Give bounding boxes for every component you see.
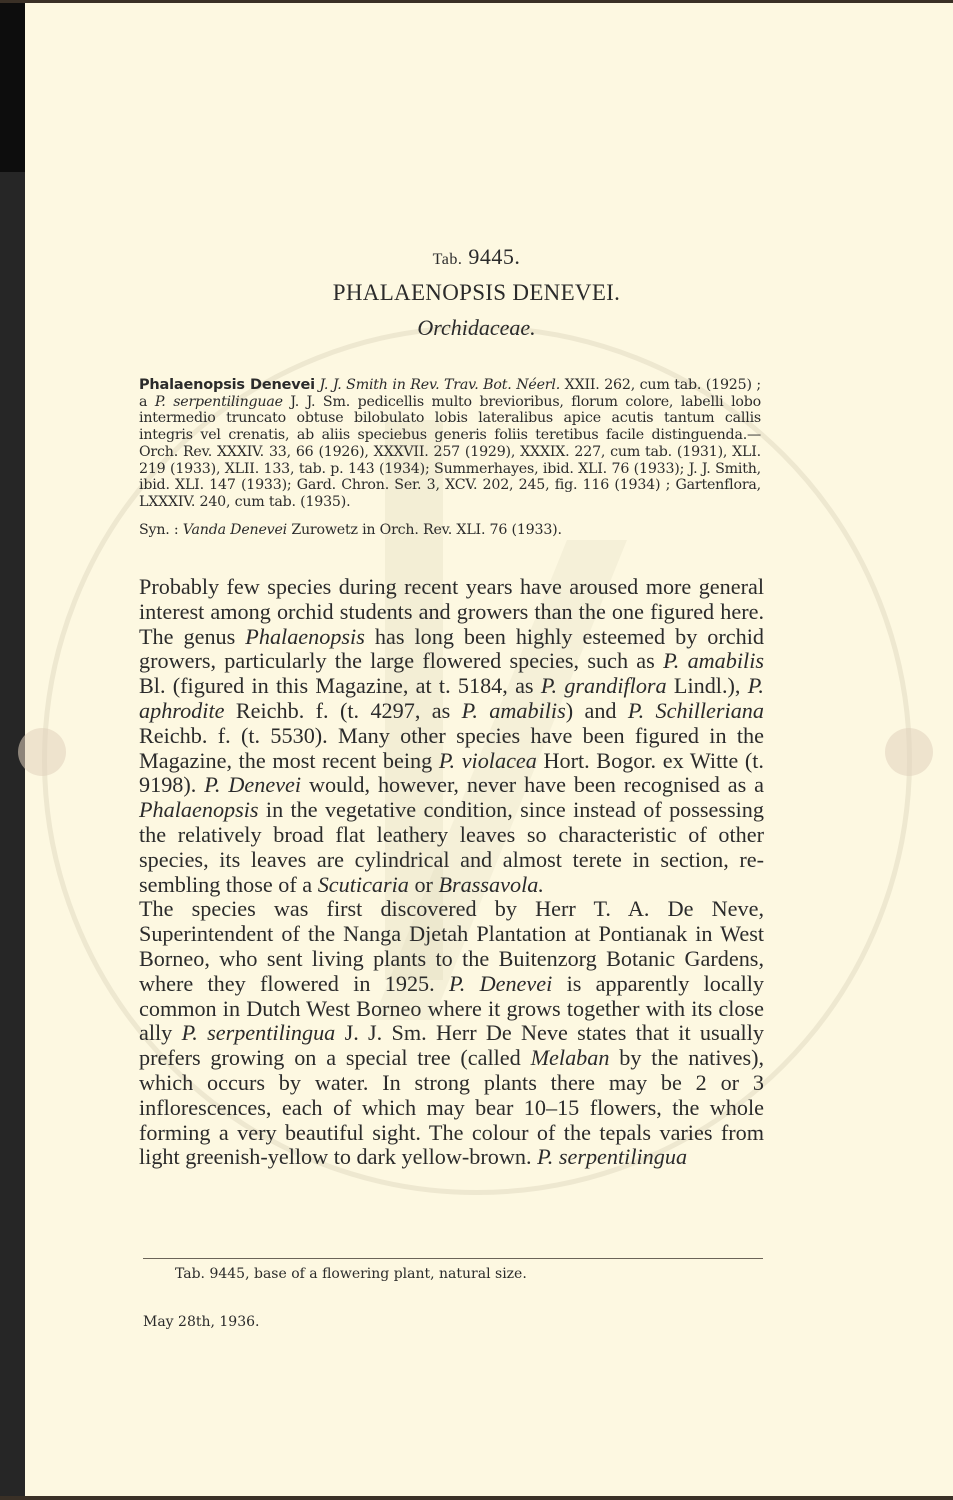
- italic-term: P. amabilis: [663, 648, 764, 673]
- plate-caption: Tab. 9445, base of a flowering plant, na…: [175, 1266, 527, 1282]
- synonym-name: Vanda Denevei: [183, 522, 287, 538]
- italic-term: P. Schilleriana: [628, 698, 764, 723]
- italic-term: Scuticaria: [318, 872, 409, 897]
- citation-block: Phalaenopsis Denevei J. J. Smith in Rev.…: [139, 377, 761, 511]
- italic-term: P. violacea: [439, 748, 537, 773]
- family-name: Orchidaceae.: [0, 315, 953, 341]
- text-run: ) and: [566, 698, 628, 723]
- citation-italic: P. serpentilinguae: [155, 394, 283, 410]
- italic-term: P. Denevei: [449, 971, 552, 996]
- body-text: Probably few species during recent years…: [139, 575, 764, 1170]
- synonym-text: Zurowetz in Orch. Rev. XLI. 76 (1933).: [287, 522, 562, 538]
- plate-number: Tab. 9445.: [0, 244, 953, 270]
- scanner-edge-top: [0, 0, 26, 172]
- authority-reference: J. J. Smith in Rev. Trav. Bot. Néerl.: [320, 377, 561, 393]
- watermark-dot-left: [18, 728, 66, 776]
- scanner-edge: [0, 172, 26, 1500]
- text-run: Lindl.),: [667, 673, 748, 698]
- page-title: PHALAENOPSIS DENEVEI.: [0, 280, 953, 306]
- text-run: would, however, never have been recognis…: [301, 772, 764, 797]
- page-bottom-edge: [0, 1496, 953, 1500]
- text-run: Bl. (figured in this Magazine, at t. 518…: [139, 673, 541, 698]
- italic-term: Phalaenopsis: [139, 797, 259, 822]
- paragraph-1: Probably few species during recent years…: [139, 575, 764, 897]
- text-run: Reichb. f. (t. 4297, as: [224, 698, 461, 723]
- italic-term: P. grandiflora: [541, 673, 667, 698]
- italic-term: Phalaenopsis: [245, 624, 365, 649]
- text-run: or: [409, 872, 439, 897]
- italic-term: P. serpentilingua: [537, 1144, 687, 1169]
- watermark-dot-right: [885, 728, 933, 776]
- italic-term: Brassavola.: [438, 872, 543, 897]
- citation-text: J. J. Sm. pedicellis multo brevioribus, …: [139, 394, 761, 510]
- publication-date: May 28th, 1936.: [143, 1314, 259, 1330]
- italic-term: P. serpentilingua: [182, 1020, 336, 1045]
- italic-term: P. Denevei: [204, 772, 301, 797]
- tab-number: 9445.: [468, 244, 520, 269]
- page-top-edge: [0, 0, 953, 3]
- tab-prefix: Tab.: [433, 251, 463, 268]
- synonym-line: Syn. : Vanda Denevei Zurowetz in Orch. R…: [139, 522, 761, 538]
- paragraph-2: The species was first discovered by Herr…: [139, 897, 764, 1170]
- italic-term: P. amabilis: [462, 698, 566, 723]
- italic-term: Melaban: [531, 1045, 610, 1070]
- species-name: Phalaenopsis Denevei: [139, 377, 315, 393]
- synonym-label: Syn. :: [139, 522, 183, 538]
- footnote-divider: [143, 1258, 763, 1259]
